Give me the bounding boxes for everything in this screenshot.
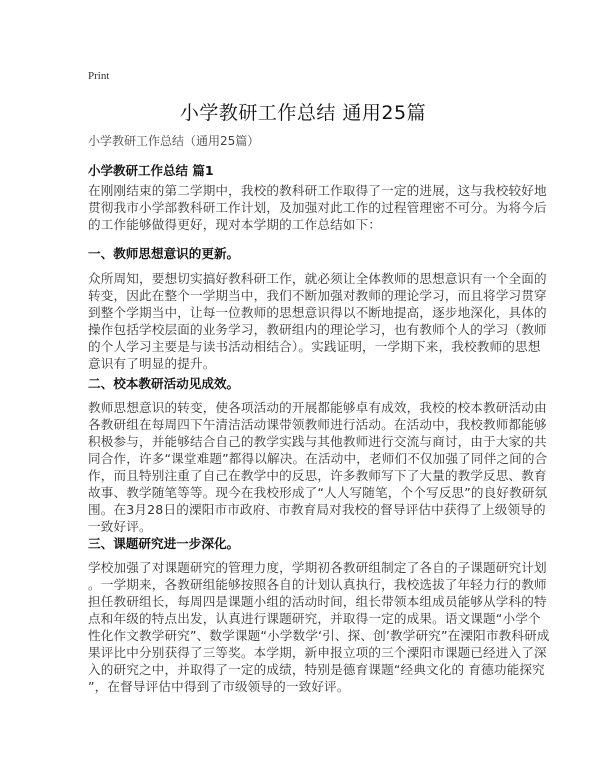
text-line: 。一学期来，各教研组能够按照各自的计划认真执行，我校选拔了年轻力行的教师 [88, 576, 528, 593]
text-line: 到整个学期当中，让每一位教师的思想意识得以不断地提高，逐步地深化，具体的 [88, 304, 528, 321]
text-line: 故事、教学随笔等等。现今在我校形成了“人人写随笔，个个写反思”的良好教研氛 [88, 484, 528, 501]
section-paragraph-1: 众所周知，要想切实搞好教科研工作，就必须让全体教师的思想意识有一个全面的 转变，… [88, 270, 528, 372]
text-line: 积极参与，并能够结合自己的教学实践与其他教师进行交流与商讨，由于大家的共 [88, 433, 528, 450]
text-line: 同合作，许多“课堂难题”都得以解决。在活动中，老师们不仅加强了同伴之间的合 [88, 450, 528, 467]
text-line: 点和年级的特点出发，认真进行课题研究，并取得一定的成果。语文课题“小学个 [88, 610, 528, 627]
document-title: 小学教研工作总结 通用25篇 [88, 98, 518, 125]
section-heading-1: 一、教师思想意识的更新。 [88, 243, 239, 262]
section-paragraph-2: 教师思想意识的转变，使各项活动的开展都能够卓有成效，我校的校本教研活动由 各教研… [88, 399, 528, 535]
text-line: 众所周知，要想切实搞好教科研工作，就必须让全体教师的思想意识有一个全面的 [88, 270, 528, 287]
text-line: 在刚刚结束的第二学期中，我校的教科研工作取得了一定的进展，这与我校较好地 [88, 182, 528, 199]
print-label[interactable]: Print [88, 70, 109, 82]
section-paragraph-3: 学校加强了对课题研究的管理力度，学期初各教研组制定了各自的子课题研究计划 。一学… [88, 559, 528, 695]
text-line: 担任教研组长，每周四是课题小组的活动时间，组长带领本组成员能够从学科的特 [88, 593, 528, 610]
text-line: ”，在督导评估中得到了市级领导的一致好评。 [88, 678, 528, 695]
chapter-title: 小学教研工作总结 篇1 [88, 161, 214, 179]
text-line: 操作包括学校层面的业务学习，教研组内的理论学习，也有教师个人的学习（教师 [88, 321, 528, 338]
text-line: 围。在3月28日的溧阳市市政府、市教育局对我校的督导评估中获得了上级领导的 [88, 501, 528, 518]
document-subtitle: 小学教研工作总结（通用25篇） [88, 132, 259, 149]
intro-paragraph: 在刚刚结束的第二学期中，我校的教科研工作取得了一定的进展，这与我校较好地 贯彻我… [88, 182, 528, 233]
text-line: 教师思想意识的转变，使各项活动的开展都能够卓有成效，我校的校本教研活动由 [88, 399, 528, 416]
text-line: 学校加强了对课题研究的管理力度，学期初各教研组制定了各自的子课题研究计划 [88, 559, 528, 576]
section-heading-2: 二、校本教研活动见成效。 [88, 373, 239, 392]
text-line: 转变，因此在整个一学期当中，我们不断加强对教师的理论学习，而且将学习贯穿 [88, 287, 528, 304]
text-line: 各教研组在每周四下午清洁活动课带领教师进行活动。在活动中，我校教师都能够 [88, 416, 528, 433]
text-line: 性化作文教学研究”、数学课题“小学数学‘引、探、创’教学研究”在溧阳市教科研成 [88, 627, 528, 644]
text-line: 意识有了明显的提升。 [88, 355, 528, 372]
text-line: 作，而且特别注重了自己在教学中的反思，许多教师写下了大量的教学反思、教育 [88, 467, 528, 484]
section-heading-3: 三、课题研究进一步深化。 [88, 533, 239, 552]
text-line: 的个人学习主要是与读书活动相结合）。实践证明，一学期下来，我校教师的思想 [88, 338, 528, 355]
text-line: 的工作能够做得更好，现对本学期的工作总结如下： [88, 216, 528, 233]
text-line: 贯彻我市小学部教科研工作计划，及加强对此工作的过程管理密不可分。为将今后 [88, 199, 528, 216]
text-line: 入的研究之中，并取得了一定的成绩，特别是德育课题“经典文化的 育德功能探究 [88, 661, 528, 678]
text-line: 果评比中分别获得了三等奖。本学期，新申报立项的三个溧阳市课题已经进入了深 [88, 644, 528, 661]
